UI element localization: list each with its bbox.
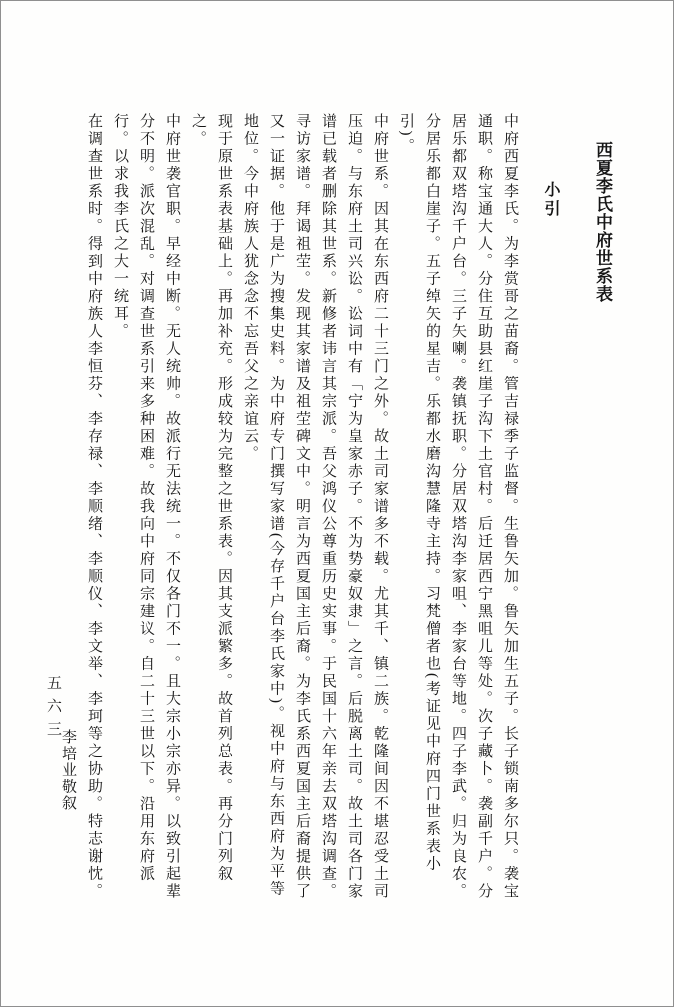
paragraph-2: 中府世系。因其在东西府二十三门之外。故土司家谱多不载。尤其千、镇二族。乾隆间因不… (237, 113, 393, 908)
section-heading: 小引 (537, 113, 563, 908)
page-number: 五六三 (43, 675, 64, 744)
book-page: 西夏李氏中府世系表 小引 中府西夏李氏。为李赏哥之苗裔。管吉禄季子监督。生鲁矢加… (0, 0, 674, 1007)
paragraph-1: 中府西夏李氏。为李赏哥之苗裔。管吉禄季子监督。生鲁矢加。鲁矢加生五子。长子锁南多… (393, 113, 523, 908)
paragraph-5: 在调查世系时。得到中府族人李恒芬、李存禄、李顺绪、李顺仪、李文举、李珂等之协助。… (81, 113, 107, 908)
page-title: 西夏李氏中府世系表 (587, 113, 617, 908)
paragraph-3: 现于原世系表基础上。再加补充。形成较为完整之世系表。因其支派繁多。故首列总表。再… (185, 113, 237, 908)
paragraph-4: 中府世袭官职。早经中断。无人统帅。故派行无法统一。不仅各门不一。且大宗小宗亦异。… (107, 113, 185, 908)
author-signature: 李培业敬叙 (55, 113, 81, 908)
text-block: 西夏李氏中府世系表 小引 中府西夏李氏。为李赏哥之苗裔。管吉禄季子监督。生鲁矢加… (55, 113, 617, 908)
